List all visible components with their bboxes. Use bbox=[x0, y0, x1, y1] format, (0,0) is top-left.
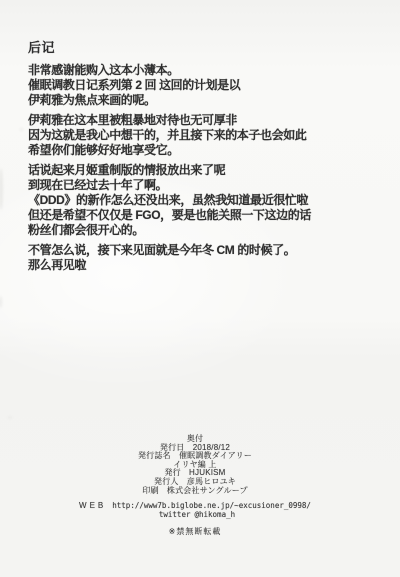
colophon-section: 奥付 発行日 2018/8/12 発行誌名 催眠調教ダイアリー イリヤ編 上 発… bbox=[0, 435, 390, 537]
web-label: WEB bbox=[79, 501, 106, 510]
afterword-line: 催眠调教日记系列第 2 回 这回的计划是以 bbox=[28, 78, 384, 93]
twitter-handle: @hikoma_h bbox=[194, 510, 235, 519]
colophon-printer: 印刷 株式会社サングループ bbox=[0, 487, 390, 496]
web-url: http://www7b.biglobe.ne.jp/~excusioner_0… bbox=[112, 501, 311, 510]
afterword-line: 伊莉雅在这本里被粗暴地对待也无可厚非 bbox=[28, 113, 384, 128]
afterword-line: 伊莉雅为焦点来画的呢。 bbox=[28, 93, 384, 108]
scan-smudge bbox=[8, 416, 12, 419]
twitter-label: twitter bbox=[159, 510, 191, 519]
scan-smudge bbox=[20, 128, 23, 131]
afterword-paragraph: 伊莉雅在这本里被粗暴地对待也无可厚非 因为这就是我心中想干的，并且接下来的本子也… bbox=[28, 113, 384, 158]
page-title: 后记 bbox=[28, 40, 384, 55]
afterword-line: 粉丝们都会很开心的。 bbox=[28, 223, 384, 238]
twitter-line: twitter@hikoma_h bbox=[0, 511, 390, 520]
afterword-line: 《DDD》的新作怎么还没出来，虽然我知道最近很忙啦 bbox=[28, 193, 384, 208]
afterword-paragraph: 不管怎么说，接下来见面就是今年冬 CM 的时候了。 那么再见啦 bbox=[28, 243, 384, 273]
afterword-line: 那么再见啦 bbox=[28, 258, 384, 273]
scan-smudge bbox=[0, 296, 2, 308]
afterword-line: 到现在已经过去十年了啊。 bbox=[28, 178, 384, 193]
afterword-line: 非常感谢能购入这本小薄本。 bbox=[28, 63, 384, 78]
afterword-line: 因为这就是我心中想干的，并且接下来的本子也会如此 bbox=[28, 128, 384, 143]
afterword-line: 话说起来月姬重制版的情报放出来了呢 bbox=[28, 163, 384, 178]
reprint-notice: ※禁無断転載 bbox=[0, 528, 390, 537]
afterword-line: 不管怎么说，接下来见面就是今年冬 CM 的时候了。 bbox=[28, 243, 384, 258]
afterword-line: 但还是希望不仅仅是 FGO，要是也能关照一下这边的话 bbox=[28, 208, 384, 223]
afterword-paragraph: 话说起来月姬重制版的情报放出来了呢 到现在已经过去十年了啊。 《DDD》的新作怎… bbox=[28, 163, 384, 238]
afterword-line: 希望你们能够好好地享受它。 bbox=[28, 143, 384, 158]
scan-smudge bbox=[0, 168, 3, 210]
afterword-paragraph: 非常感谢能购入这本小薄本。 催眠调教日记系列第 2 回 这回的计划是以 伊莉雅为… bbox=[28, 63, 384, 108]
scanned-afterword-page: 后记 非常感谢能购入这本小薄本。 催眠调教日记系列第 2 回 这回的计划是以 伊… bbox=[0, 0, 400, 577]
afterword-section: 后记 非常感谢能购入这本小薄本。 催眠调教日记系列第 2 回 这回的计划是以 伊… bbox=[28, 40, 384, 278]
